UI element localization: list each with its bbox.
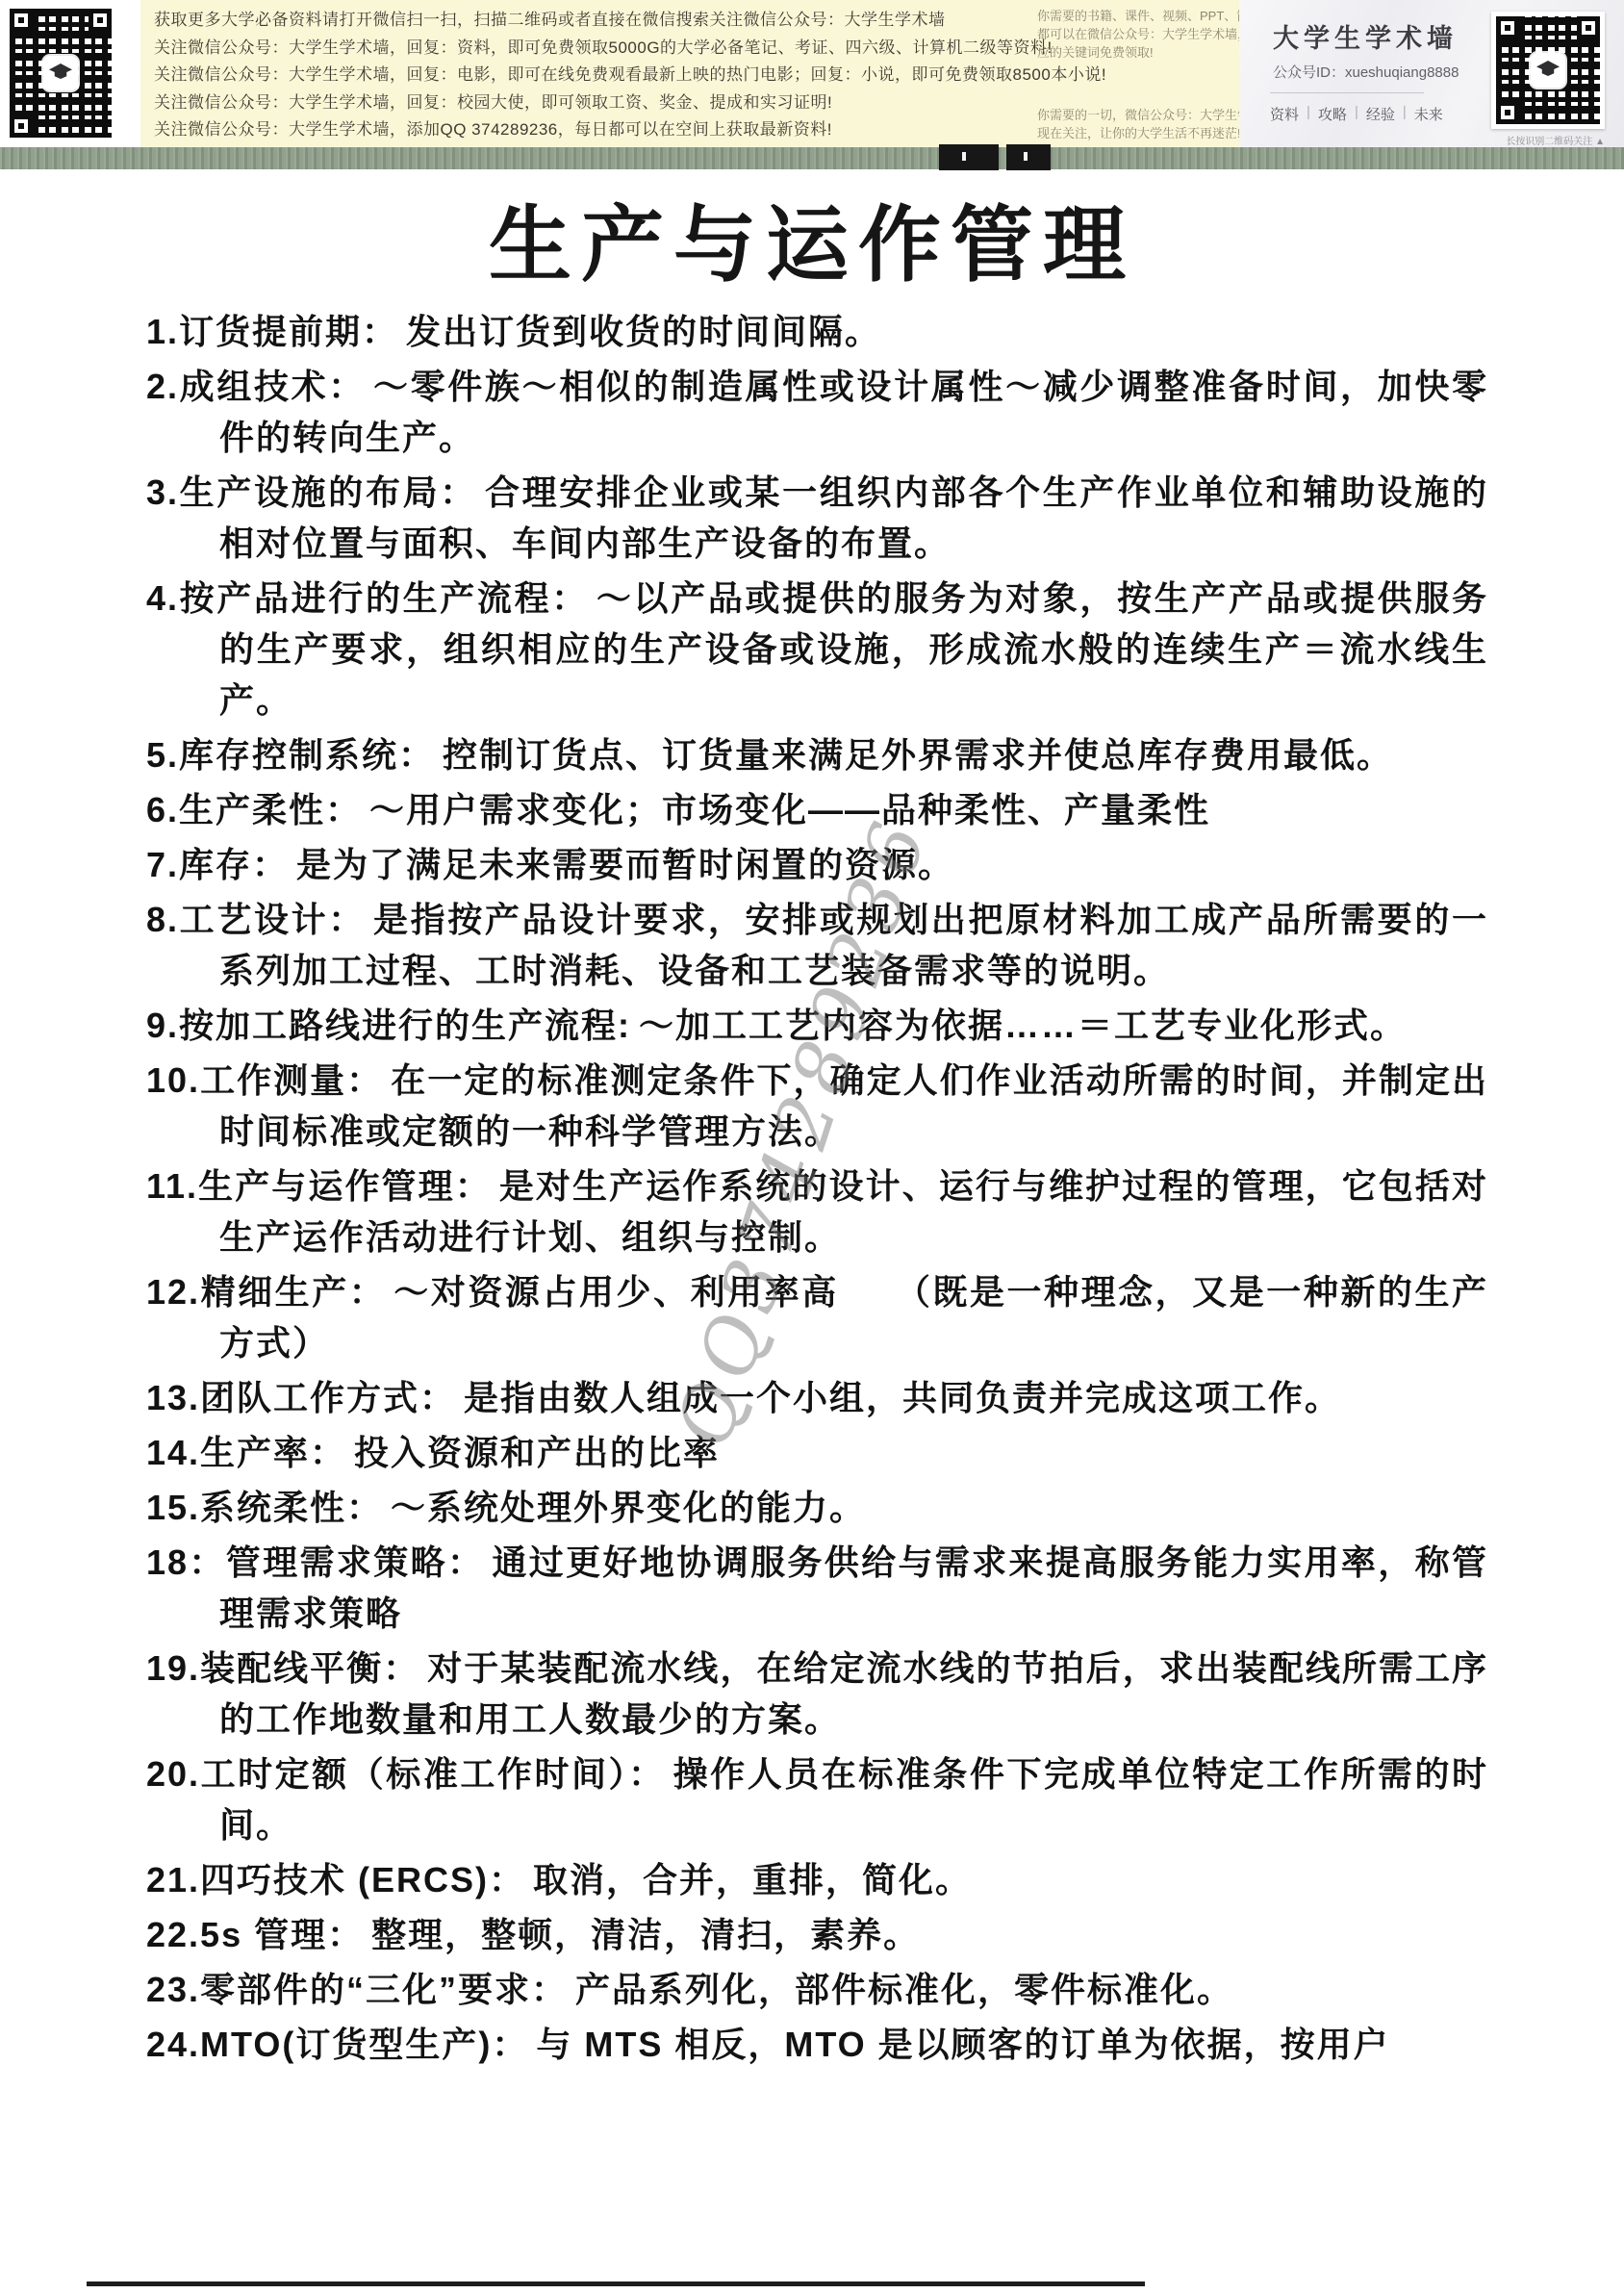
promo-line: 关注微信公众号：大学生学术墙，回复：电影，即可在线免费观看最新上映的热门电影；回… <box>154 62 1106 89</box>
definition-item: 22.5s 管理：整理，整顿，清洁，清扫，素养。 <box>146 1909 1488 1960</box>
term-definition: ～零件族～相似的制造属性或设计属性～减少调整准备时间，加快零件的转向生产。 <box>219 367 1488 457</box>
menu-item: 未来 <box>1414 104 1443 124</box>
menu-item: 资料 <box>1270 104 1299 124</box>
graduation-cap-logo <box>1531 53 1565 88</box>
definition-item: 9.按加工路线进行的生产流程:～加工工艺内容为依据……＝工艺专业化形式。 <box>146 1000 1488 1051</box>
definition-item: 18：管理需求策略：通过更好地协调服务供给与需求来提高服务能力实用率，称管理需求… <box>146 1537 1488 1639</box>
definition-item: 13.团队工作方式：是指由数人组成一个小组，共同负责并完成这项工作。 <box>146 1372 1488 1423</box>
definition-item: 2.成组技术：～零件族～相似的制造属性或设计属性～减少调整准备时间，加快零件的转… <box>146 361 1488 463</box>
term-label: 1.订货提前期： <box>146 312 406 351</box>
menu-separator: | <box>1355 104 1358 124</box>
term-label: 7.库存： <box>146 845 296 884</box>
term-definition: 是指由数人组成一个小组，共同负责并完成这项工作。 <box>464 1378 1341 1417</box>
definitions-list: 1.订货提前期：发出订货到收货的时间间隔。 2.成组技术：～零件族～相似的制造属… <box>146 306 1488 2074</box>
qr-finder-icon <box>10 9 33 32</box>
qr-finder-icon <box>10 115 33 138</box>
account-menu: 资料 | 攻略 | 经验 | 未来 <box>1270 104 1451 124</box>
definition-item: 7.库存：是为了满足未来需要而暂时闲置的资源。 <box>146 839 1488 890</box>
promo-line: 获取更多大学必备资料请打开微信扫一扫，扫描二维码或者直接在微信搜索关注微信公众号… <box>154 7 1106 35</box>
qr-finder-icon <box>1496 16 1519 39</box>
definition-item: 14.生产率：投入资源和产出的比率 <box>146 1427 1488 1478</box>
qr-finder-icon <box>1496 101 1519 124</box>
term-definition: 是指按产品设计要求，安排或规划出把原材料加工成产品所需要的一系列加工过程、工时消… <box>219 900 1488 990</box>
qr-caption: 长按识别二维码关注 ▲ <box>1506 133 1605 147</box>
term-label: 18：管理需求策略： <box>146 1542 492 1582</box>
promo-line: 关注微信公众号：大学生学术墙，回复：资料，即可免费领取5000G的大学必备笔记、… <box>154 35 1106 63</box>
promo-lines: 获取更多大学必备资料请打开微信扫一扫，扫描二维码或者直接在微信搜索关注微信公众号… <box>154 7 1106 144</box>
term-definition: ～用户需求变化；市场变化——品种柔性、产量柔性 <box>369 790 1210 829</box>
graduation-cap-logo <box>43 56 78 90</box>
definition-item: 12.精细生产：～对资源占用少、利用率高 （既是一种理念，又是一种新的生产方式） <box>146 1266 1488 1368</box>
card-qr-frame <box>1491 12 1605 129</box>
promo-line: 关注微信公众号：大学生学术墙，添加QQ 374289236，每日都可以在空间上获… <box>154 116 1106 144</box>
promo-banner: 获取更多大学必备资料请打开微信扫一扫，扫描二维码或者直接在微信搜索关注微信公众号… <box>0 0 1624 147</box>
term-definition: 与 MTS 相反，MTO 是以顾客的订单为依据，按用户 <box>536 2025 1389 2064</box>
term-label: 21.四巧技术 (ERCS)： <box>146 1860 533 1899</box>
term-definition: 产品系列化，部件标准化，零件标准化。 <box>575 1970 1233 2009</box>
scan-artifact <box>939 144 999 170</box>
account-card: 大学生学术墙 公众号ID：xueshuqiang8888 资料 | 攻略 | 经… <box>1239 0 1624 147</box>
term-label: 10.工作测量： <box>146 1060 391 1100</box>
definition-item: 5.库存控制系统：控制订货点、订货量来满足外界需求并使总库存费用最低。 <box>146 729 1488 780</box>
account-qr-code-icon <box>1496 16 1600 124</box>
screenshot-root: 获取更多大学必备资料请打开微信扫一扫，扫描二维码或者直接在微信搜索关注微信公众号… <box>0 0 1624 2294</box>
term-definition: 投入资源和产出的比率 <box>354 1433 720 1472</box>
definition-item: 11.生产与运作管理：是对生产运作系统的设计、运行与维护过程的管理，它包括对生产… <box>146 1160 1488 1262</box>
menu-item: 攻略 <box>1318 104 1347 124</box>
card-divider <box>1270 92 1424 93</box>
definition-item: 20.工时定额（标准工作时间）：操作人员在标准条件下完成单位特定工作所需的时间。 <box>146 1748 1488 1850</box>
term-definition: ～系统处理外界变化的能力。 <box>391 1488 866 1527</box>
definition-item: 19.装配线平衡：对于某装配流水线，在给定流水线的节拍后，求出装配线所需工序的工… <box>146 1643 1488 1745</box>
account-title: 大学生学术墙 <box>1273 17 1458 55</box>
definition-item: 1.订货提前期：发出订货到收货的时间间隔。 <box>146 306 1488 357</box>
term-definition: 整理，整顿，清洁，清扫，素养。 <box>371 1915 920 1954</box>
term-definition: 发出订货到收货的时间间隔。 <box>406 312 881 351</box>
account-id: 公众号ID：xueshuqiang8888 <box>1273 62 1459 82</box>
definition-item: 3.生产设施的布局：合理安排企业或某一组织内部各个生产作业单位和辅助设施的相对位… <box>146 467 1488 569</box>
term-label: 13.团队工作方式： <box>146 1378 464 1417</box>
term-label: 3.生产设施的布局： <box>146 472 485 512</box>
definition-item: 23.零部件的“三化”要求：产品系列化，部件标准化，零件标准化。 <box>146 1964 1488 2015</box>
term-label: 14.生产率： <box>146 1433 354 1472</box>
term-label: 12.精细生产： <box>146 1272 393 1312</box>
definition-item: 24.MTO(订货型生产)：与 MTS 相反，MTO 是以顾客的订单为依据，按用… <box>146 2019 1488 2070</box>
term-label: 5.库存控制系统： <box>146 735 443 775</box>
term-label: 8.工艺设计： <box>146 900 373 939</box>
menu-separator: | <box>1307 104 1310 124</box>
term-label: 4.按产品进行的生产流程： <box>146 578 596 618</box>
banner-qr-wrap <box>0 0 140 147</box>
menu-item: 经验 <box>1366 104 1395 124</box>
term-label: 24.MTO(订货型生产)： <box>146 2025 536 2064</box>
desktop-strip <box>0 147 1624 169</box>
promo-line: 关注微信公众号：大学生学术墙，回复：校园大使，即可领取工资、奖金、提成和实习证明… <box>154 89 1106 117</box>
page-bottom-edge <box>87 2281 1145 2286</box>
term-definition: 控制订货点、订货量来满足外界需求并使总库存费用最低。 <box>443 735 1393 775</box>
definition-item: 6.生产柔性：～用户需求变化；市场变化——品种柔性、产量柔性 <box>146 784 1488 835</box>
term-definition: 是为了满足未来需要而暂时闲置的资源。 <box>296 845 954 884</box>
definition-item: 10.工作测量：在一定的标准测定条件下，确定人们作业活动所需的时间，并制定出时间… <box>146 1055 1488 1157</box>
term-label: 20.工时定额（标准工作时间）： <box>146 1754 673 1794</box>
qr-finder-icon <box>1577 16 1600 39</box>
term-label: 11.生产与运作管理： <box>146 1166 499 1206</box>
qr-finder-icon <box>89 9 112 32</box>
definition-item: 8.工艺设计：是指按产品设计要求，安排或规划出把原材料加工成产品所需要的一系列加… <box>146 894 1488 996</box>
term-definition: 取消，合并，重排，简化。 <box>533 1860 972 1899</box>
term-definition: 在一定的标准测定条件下，确定人们作业活动所需的时间，并制定出时间标准或定额的一种… <box>219 1060 1488 1151</box>
graduation-cap-icon <box>49 64 72 83</box>
definition-item: 15.系统柔性：～系统处理外界变化的能力。 <box>146 1482 1488 1533</box>
menu-separator: | <box>1403 104 1407 124</box>
scan-artifact <box>1006 144 1051 170</box>
definition-item: 21.四巧技术 (ERCS)：取消，合并，重排，简化。 <box>146 1854 1488 1905</box>
term-label: 2.成组技术： <box>146 367 373 406</box>
definition-item: 4.按产品进行的生产流程：～以产品或提供的服务为对象，按生产产品或提供服务的生产… <box>146 573 1488 726</box>
graduation-cap-icon <box>1536 61 1560 80</box>
term-label: 15.系统柔性： <box>146 1488 391 1527</box>
term-label: 9.按加工路线进行的生产流程: <box>146 1006 639 1045</box>
term-label: 6.生产柔性： <box>146 790 369 829</box>
term-label: 22.5s 管理： <box>146 1915 371 1954</box>
term-definition: ～加工工艺内容为依据……＝工艺专业化形式。 <box>639 1006 1407 1045</box>
term-definition: ～对资源占用少、利用率高 （既是一种理念，又是一种新的生产方式） <box>219 1272 1488 1363</box>
term-label: 23.零部件的“三化”要求： <box>146 1970 575 2009</box>
wechat-qr-code-icon <box>10 9 112 138</box>
page-title: 生产与运作管理 <box>0 178 1624 297</box>
term-label: 19.装配线平衡： <box>146 1648 427 1688</box>
